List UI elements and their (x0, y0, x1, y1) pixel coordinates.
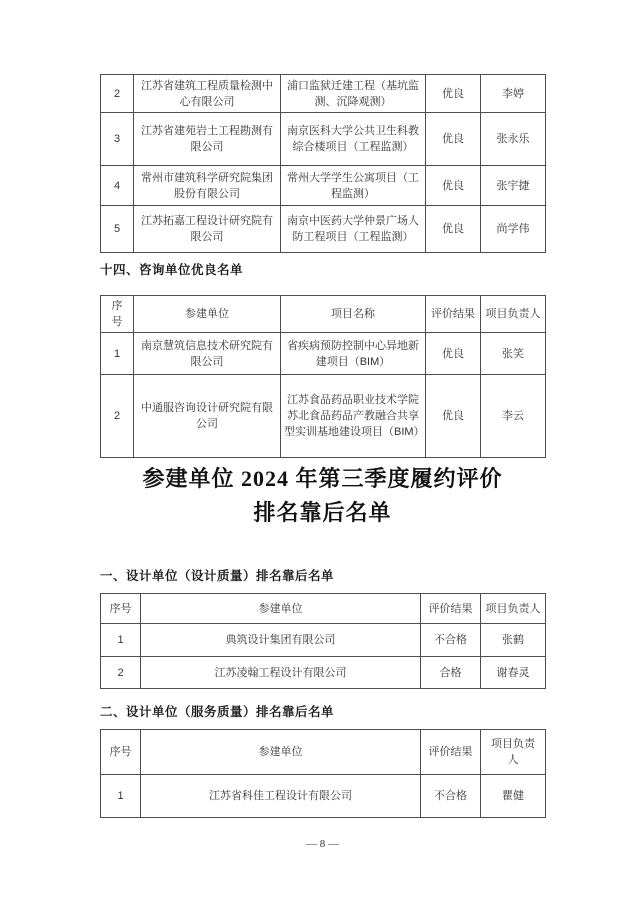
evaluation-result: 不合格 (421, 624, 481, 657)
unit-name: 江苏拓嘉工程设计研究院有限公司 (134, 206, 281, 253)
table-row: 5 江苏拓嘉工程设计研究院有限公司 南京中医药大学仲景广场人防工程项目（工程监测… (101, 206, 546, 253)
header-result: 评价结果 (426, 296, 481, 333)
table-header-row: 序 号 参建单位 项目名称 评价结果 项目负责人 (101, 296, 546, 333)
header-row-number: 序 号 (101, 296, 134, 333)
table-row: 3 江苏省建苑岩土工程勘测有限公司 南京医科大学公共卫生科教综合楼项目（工程监测… (101, 113, 546, 166)
evaluation-result: 优良 (426, 333, 481, 375)
evaluation-result: 优良 (426, 113, 481, 166)
monitoring-units-table: 2 江苏省建筑工程质量检测中心有限公司 浦口监狱迁建工程（基坑监测、沉降观测） … (100, 74, 546, 253)
header-leader: 项目负责人 (481, 594, 546, 624)
row-number: 3 (101, 113, 134, 166)
evaluation-result: 合格 (421, 657, 481, 689)
project-leader: 谢春灵 (481, 657, 546, 689)
evaluation-result: 优良 (426, 75, 481, 113)
header-row-number: 序号 (101, 594, 141, 624)
document-title-line2: 排名靠后名单 (100, 496, 545, 530)
row-number: 2 (101, 75, 134, 113)
unit-name: 南京慧筑信息技术研究院有限公司 (134, 333, 281, 375)
project-leader: 张笑 (481, 333, 546, 375)
unit-name: 江苏省建苑岩土工程勘测有限公司 (134, 113, 281, 166)
header-unit: 参建单位 (134, 296, 281, 333)
project-name: 常州大学学生公寓项目（工程监测） (281, 166, 426, 206)
design-quality-table: 序号 参建单位 评价结果 项目负责人 1 典筑设计集团有限公司 不合格 张鹤 2… (100, 593, 546, 689)
evaluation-result: 优良 (426, 375, 481, 458)
unit-name: 常州市建筑科学研究院集团股份有限公司 (134, 166, 281, 206)
table-row: 2 江苏凌翰工程设计有限公司 合格 谢春灵 (101, 657, 546, 689)
row-number: 1 (101, 624, 141, 657)
table-row: 1 典筑设计集团有限公司 不合格 张鹤 (101, 624, 546, 657)
evaluation-result: 优良 (426, 206, 481, 253)
table-row: 1 江苏省科佳工程设计有限公司 不合格 瞿健 (101, 775, 546, 818)
row-number: 1 (101, 775, 141, 818)
unit-name: 江苏省科佳工程设计有限公司 (141, 775, 421, 818)
table-row: 2 江苏省建筑工程质量检测中心有限公司 浦口监狱迁建工程（基坑监测、沉降观测） … (101, 75, 546, 113)
project-name: 南京医科大学公共卫生科教综合楼项目（工程监测） (281, 113, 426, 166)
page-number: — 8 — (100, 838, 545, 850)
header-result: 评价结果 (421, 594, 481, 624)
project-leader: 张宇捷 (481, 166, 546, 206)
table-row: 2 中通服咨询设计研究院有限公司 江苏食品药品职业技术学院苏北食品药品产教融合共… (101, 375, 546, 458)
unit-name: 江苏凌翰工程设计有限公司 (141, 657, 421, 689)
section-heading-14: 十四、咨询单位优良名单 (100, 260, 243, 278)
header-result: 评价结果 (421, 730, 481, 775)
table-header-row: 序号 参建单位 评价结果 项目负责 人 (101, 730, 546, 775)
section-heading-1: 一、设计单位（设计质量）排名靠后名单 (100, 566, 334, 584)
project-leader: 瞿健 (481, 775, 546, 818)
evaluation-result: 不合格 (421, 775, 481, 818)
project-leader: 张永乐 (481, 113, 546, 166)
project-name: 浦口监狱迁建工程（基坑监测、沉降观测） (281, 75, 426, 113)
project-leader: 尚学伟 (481, 206, 546, 253)
row-number: 2 (101, 375, 134, 458)
document-title-line1: 参建单位 2024 年第三季度履约评价 (100, 462, 545, 496)
header-leader: 项目负责人 (481, 296, 546, 333)
header-project: 项目名称 (281, 296, 426, 333)
table-header-row: 序号 参建单位 评价结果 项目负责人 (101, 594, 546, 624)
unit-name: 中通服咨询设计研究院有限公司 (134, 375, 281, 458)
header-unit: 参建单位 (141, 594, 421, 624)
table-row: 1 南京慧筑信息技术研究院有限公司 省疾病预防控制中心异地新建项目（BIM） 优… (101, 333, 546, 375)
project-leader: 张鹤 (481, 624, 546, 657)
design-service-table: 序号 参建单位 评价结果 项目负责 人 1 江苏省科佳工程设计有限公司 不合格 … (100, 729, 546, 818)
row-number: 1 (101, 333, 134, 375)
table-row: 4 常州市建筑科学研究院集团股份有限公司 常州大学学生公寓项目（工程监测） 优良… (101, 166, 546, 206)
unit-name: 典筑设计集团有限公司 (141, 624, 421, 657)
project-name: 南京中医药大学仲景广场人防工程项目（工程监测） (281, 206, 426, 253)
evaluation-result: 优良 (426, 166, 481, 206)
project-name: 江苏食品药品职业技术学院苏北食品药品产教融合共享型实训基地建设项目（BIM） (281, 375, 426, 458)
project-name: 省疾病预防控制中心异地新建项目（BIM） (281, 333, 426, 375)
unit-name: 江苏省建筑工程质量检测中心有限公司 (134, 75, 281, 113)
header-unit: 参建单位 (141, 730, 421, 775)
project-leader: 李婷 (481, 75, 546, 113)
header-row-number: 序号 (101, 730, 141, 775)
section-heading-2: 二、设计单位（服务质量）排名靠后名单 (100, 702, 334, 720)
document-title: 参建单位 2024 年第三季度履约评价 排名靠后名单 (100, 462, 545, 530)
row-number: 4 (101, 166, 134, 206)
consulting-units-table: 序 号 参建单位 项目名称 评价结果 项目负责人 1 南京慧筑信息技术研究院有限… (100, 295, 546, 458)
header-leader: 项目负责 人 (481, 730, 546, 775)
row-number: 2 (101, 657, 141, 689)
document-page: 2 江苏省建筑工程质量检测中心有限公司 浦口监狱迁建工程（基坑监测、沉降观测） … (0, 0, 636, 900)
project-leader: 李云 (481, 375, 546, 458)
row-number: 5 (101, 206, 134, 253)
